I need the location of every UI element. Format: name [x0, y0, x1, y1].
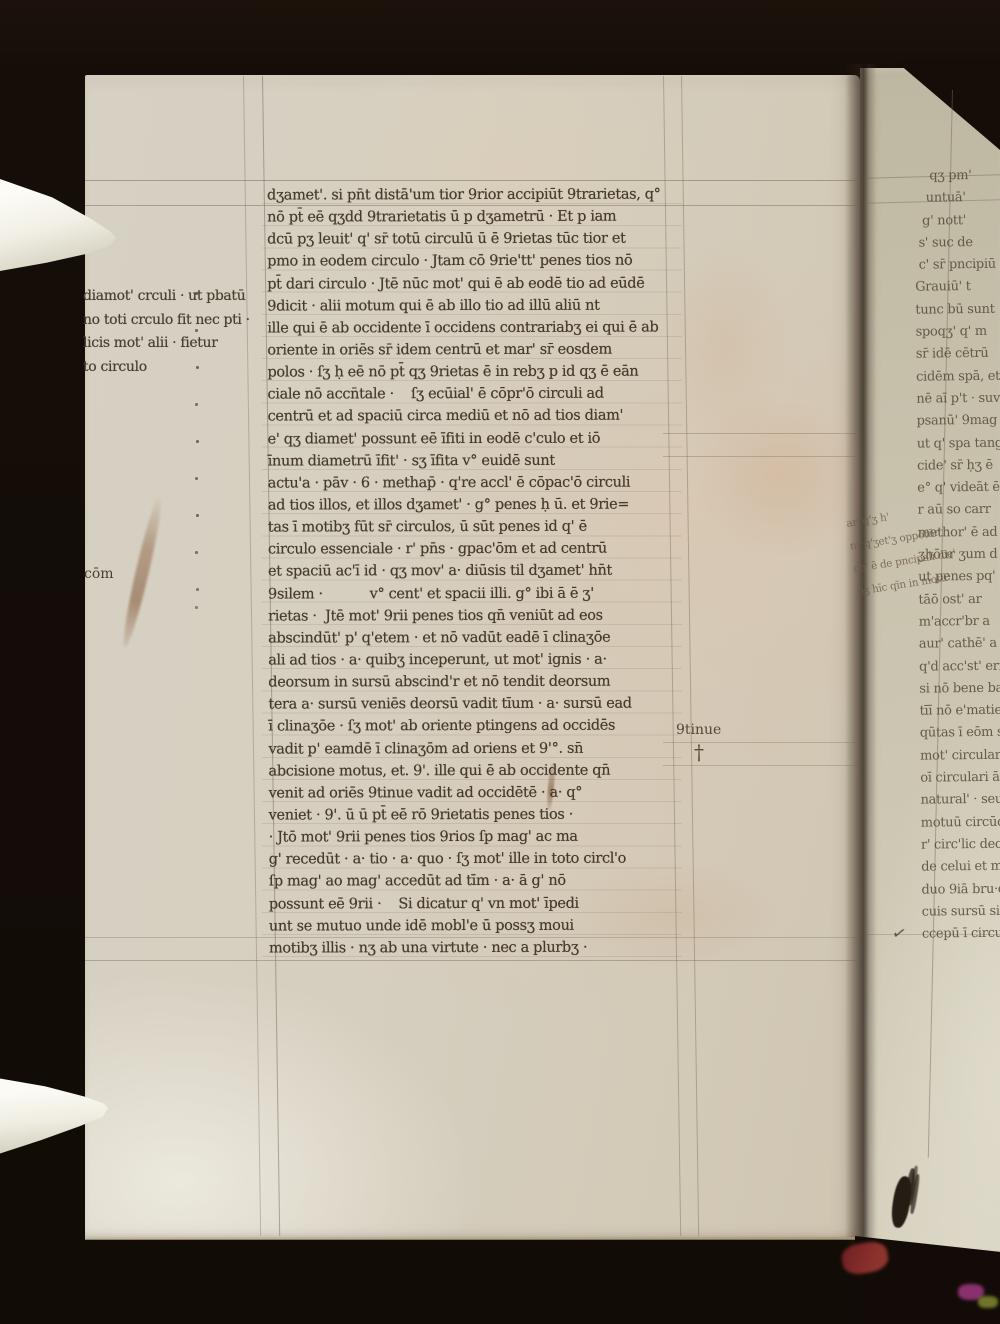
- text-line: vadit p' eamdē ī clinaʒōm ad oriens et 9…: [268, 740, 672, 763]
- fragment-line: c' sr̄ pncipiū: [915, 257, 1000, 281]
- text-line: et spaciū ac'ī id · qʒ mov' a· diūsis ti…: [268, 563, 672, 586]
- text-line: actu'a · pāv · 6 · methap̄ · q're accl' …: [268, 474, 672, 497]
- text-line: polos · ſʒ ḥ eē nō pt̄ qʒ 9rietas ē in r…: [267, 364, 671, 387]
- text-line: ī clinaʒōe · ſʒ mot' ab oriente ptingens…: [268, 718, 672, 741]
- manuscript-photo-scene: dʒamet'. si pn̄t distā'um tior 9rior acc…: [0, 0, 1000, 1324]
- gloss-line: to circulo: [83, 359, 250, 383]
- fragment-line: ut q' spa tang: [917, 435, 1000, 459]
- fragment-line: g' nott': [914, 212, 1000, 236]
- page-bottom-edge: [85, 1237, 865, 1240]
- fragment-line: tunc bū sunt: [915, 301, 1000, 325]
- text-line: dcū pʒ leuit' q' sr̄ totū circulū ū ē 9r…: [267, 231, 671, 254]
- text-line: abcisione motus, et. 9'. ille qui ē ab o…: [268, 762, 672, 785]
- ruling-line-margin-2: [663, 456, 858, 457]
- text-line: oriente in oriēs sr̄ idem centrū et mar'…: [267, 341, 671, 364]
- text-line: unt se mutuo unde idē mobl'e ū possʒ mou…: [269, 917, 673, 940]
- fragment-line: si nō bene ba m: [919, 680, 1000, 704]
- fragment-line: psanū' 9mag: [916, 413, 1000, 437]
- text-line: ille qui ē ab occidente ī occidens contr…: [267, 319, 671, 342]
- text-line: centrū et ad spaciū circa mediū et nō ad…: [268, 408, 672, 431]
- fragment-line: nē aī p't · suvt: [916, 390, 1000, 414]
- facing-page-margin-note: ar' q'ʒ h'nr q'ʒet'ʒ oppōtōrch' ē de pnc…: [846, 499, 979, 609]
- ruling-line-top-1: [85, 180, 858, 181]
- fragment-line: spoqʒ' q' m: [916, 323, 1000, 347]
- text-line: tas ī motibʒ fūt sr̄ circulos, ū sūt pen…: [268, 519, 672, 542]
- fragment-line: cuis sursū sic· q: [922, 903, 1000, 927]
- text-line: deorsum in sursū abscind'r et nō tendit …: [268, 674, 672, 697]
- fragment-line: cidēm spā, et: [916, 368, 1000, 392]
- right-margin-note: 9tinue: [676, 722, 721, 738]
- fragment-line: aur' cathē' a: [919, 636, 1000, 660]
- ruling-line-margin-4: [663, 765, 858, 766]
- text-line: abscindūt' p' q'etem · et nō vadūt eadē …: [268, 629, 672, 652]
- main-text-block: dʒamet'. si pn̄t distā'um tior 9rior acc…: [267, 186, 673, 962]
- text-line: 9dicit · alii motum qui ē ab illo tio ad…: [267, 297, 671, 320]
- fragment-line: natural' · seu qūta: [920, 792, 1000, 816]
- text-line: pmo in eodem circulo · Jtam cō 9rie'tt' …: [267, 253, 671, 276]
- gloss-line: diamot' crculi · ut pbatū: [83, 288, 250, 312]
- fragment-line: duo 9iā bru·co: [921, 881, 1000, 905]
- ruling-line-margin-1: [663, 433, 858, 434]
- text-line: nō pt̄ eē qʒdd 9trarietatis ū p dʒametrū…: [267, 209, 671, 232]
- text-line: ali ad tios · a· quibʒ inceperunt, ut mo…: [268, 651, 672, 674]
- text-line: motibʒ illis · nʒ ab una virtute · nec a…: [269, 939, 673, 962]
- text-line: ſp mag' ao mag' accedūt ad tīm · a· ā g'…: [269, 873, 673, 896]
- fragment-line: qʒ pm': [914, 167, 1000, 191]
- fragment-line: qūtas ī eōm sr̄: [920, 725, 1000, 749]
- fragment-line: oī circulari āle et: [920, 769, 1000, 793]
- fragment-line: de celui et mot' c: [921, 859, 1000, 883]
- fragment-line: motuū circūcōn: [921, 814, 1000, 838]
- text-line: venit ad oriēs 9tinue vadit ad occidētē …: [269, 784, 673, 807]
- cross-mark: †: [694, 740, 704, 764]
- text-line: 9silem · v° cent' et spacii illi. g° ibi…: [268, 585, 672, 608]
- fragment-line: ccepū ī circulū: [922, 925, 1000, 949]
- text-line: g' recedūt · a· tio · a· quo · ſʒ mot' i…: [269, 851, 673, 874]
- text-line: dʒamet'. si pn̄t distā'um tior 9rior acc…: [267, 186, 671, 209]
- text-line: pt̄ dari circulo · Jtē nūc mot' qui ē ab…: [267, 275, 671, 298]
- gloss-line: no toti crculo fit nec pti ·: [83, 312, 250, 336]
- text-line: ciale nō accn̄tale · ſʒ ecūial' ē cōpr'ō…: [268, 386, 672, 409]
- text-line: veniet · 9'. ū ū pt̄ eē rō 9rietatis pen…: [269, 806, 673, 829]
- ruling-line-margin-3: [663, 742, 858, 743]
- fragment-line: q'd acc'st' erns: [919, 658, 1000, 682]
- book-gutter-shadow: [845, 64, 877, 1260]
- fragment-line: Grauiū' t: [915, 279, 1000, 303]
- text-line: · Jtō mot' 9rii penes tios 9rios ſp mag'…: [269, 829, 673, 852]
- text-line: circulo essenciale · r' pn̄s · gpac'ōm e…: [268, 541, 672, 564]
- left-margin-gloss: diamot' crculi · ut pbatūno toti crculo …: [83, 288, 250, 382]
- fragment-line: sr̄ idē cētrū: [916, 346, 1000, 370]
- text-line: tera a· sursū veniēs deorsū vadit tīum ·…: [268, 696, 672, 719]
- left-margin-word: cōm: [84, 566, 114, 582]
- fragment-line: s' suc de: [915, 234, 1000, 258]
- fragment-line: mot' circular' abstrac: [920, 747, 1000, 771]
- text-line: īnum diametrū īfit' · sʒ īfita v° euidē …: [268, 452, 672, 475]
- text-line: rietas · Jtē mot' 9rii penes tios qn̄ ve…: [268, 607, 672, 630]
- fragment-line: tīī nō e'matie c: [920, 702, 1000, 726]
- text-line: possunt eē 9rii · Si dicatur q' vn mot' …: [269, 895, 673, 918]
- fragment-line: r' circ'lic deorsū ·: [921, 836, 1000, 860]
- green-binding-sliver: [978, 1296, 998, 1308]
- fragment-line: m'accr'br a: [919, 613, 1000, 637]
- fragment-line: untuā': [914, 190, 1000, 214]
- gloss-line: licis mot' alii · fietur: [83, 335, 250, 359]
- text-line: ad tios illos, et illos dʒamet' · g° pen…: [268, 496, 672, 519]
- text-line: e' qʒ diamet' possunt eē īfiti in eodē c…: [268, 430, 672, 453]
- fragment-line: cide' sr̄ ḥʒ ē: [917, 457, 1000, 481]
